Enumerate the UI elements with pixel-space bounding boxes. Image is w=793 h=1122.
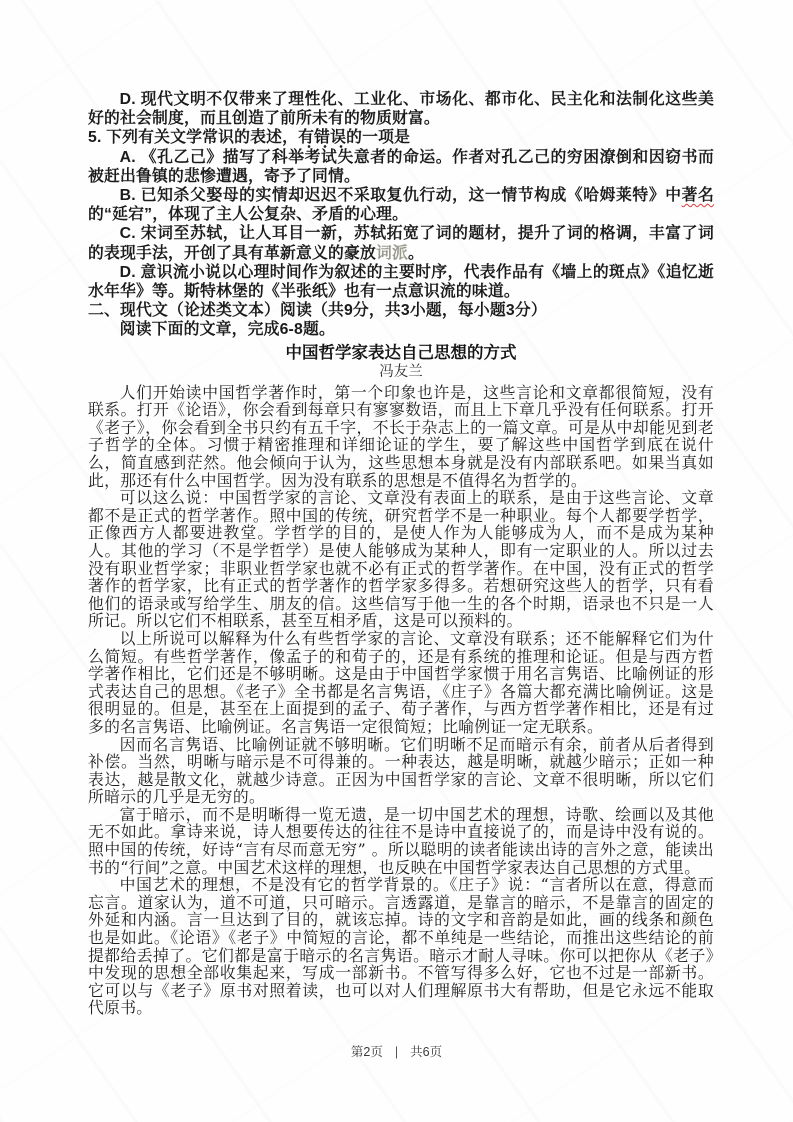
essay-paragraph-6: 中国艺术的理想，不是没有它的哲学背景的。《庄子》说：“言者所以在意，得意而忘言。… bbox=[88, 876, 714, 1017]
essay-author: 冯友兰 bbox=[88, 364, 714, 381]
question-5-stem-pre: 5. 下列有关文学常识的表述， bbox=[88, 129, 298, 146]
essay-title: 中国哲学家表达自己思想的方式 bbox=[88, 344, 714, 363]
page-separator: | bbox=[383, 1045, 410, 1059]
reading-instruction: 阅读下面的文章，完成6-8题。 bbox=[88, 320, 714, 339]
question-5-option-c: C. 宋词至苏轼，让人耳目一新，苏轼拓宽了词的题材，提升了词的格调，丰富了词的表… bbox=[88, 224, 714, 262]
essay-paragraph-5: 富于暗示，而不是明晰得一览无遗，是一切中国艺术的理想，诗歌、绘画以及其他无不如此… bbox=[88, 806, 714, 876]
option-b-text-post: 的“延宕”，体现了主人公复杂、矛盾的心理。 bbox=[88, 206, 408, 223]
emphasized-text: 有错误 bbox=[298, 129, 346, 149]
option-b-text-pre: B. 已知杀父娶母的实情却迟迟不采取复仇行动，这一情节构成《哈姆莱特》中 bbox=[120, 187, 682, 204]
essay-paragraph-3: 以上所说可以解释为什么有些哲学家的言论、文章没有联系；还不能解释它们为什么简短。… bbox=[88, 630, 714, 736]
section-heading: 二、现代文（论述类文本）阅读（共9分，共3小题，每小题3分） bbox=[88, 301, 714, 320]
question-5-option-a: A. 《孔乙己》描写了科举考试失意者的命运。作者对孔乙己的穷困潦倒和因窃书而被赶… bbox=[88, 148, 714, 186]
essay-paragraph-2: 可以这么说：中国哲学家的言论、文章没有表面上的联系，是由于这些言论、文章都不是正… bbox=[88, 489, 714, 630]
question-5-option-b: B. 已知杀父娶母的实情却迟迟不采取复仇行动，这一情节构成《哈姆莱特》中著名的“… bbox=[88, 186, 714, 224]
option-c-text-post: 。 bbox=[408, 245, 424, 262]
essay-paragraph-4: 因而名言隽语、比喻例证就不够明晰。它们明晰不足而暗示有余，前者从后者得到补偿。当… bbox=[88, 736, 714, 806]
essay-paragraph-1: 人们开始读中国哲学著作时，第一个印象也许是，这些言论和文章都很简短，没有联系。打… bbox=[88, 384, 714, 490]
option-c-faded-text: 词派 bbox=[376, 245, 408, 262]
page-footer: 第2页|共6页 bbox=[0, 1042, 793, 1060]
page-content: D. 现代文明不仅带来了理性化、工业化、市场化、都市化、民主化和法制化这些美好的… bbox=[88, 90, 714, 1017]
exam-page: D. 现代文明不仅带来了理性化、工业化、市场化、都市化、民主化和法制化这些美好的… bbox=[0, 0, 793, 1122]
question-5-stem-post: 的一项是 bbox=[346, 129, 410, 146]
page-number: 第2页 bbox=[351, 1045, 383, 1059]
question-4-option-d: D. 现代文明不仅带来了理性化、工业化、市场化、都市化、民主化和法制化这些美好的… bbox=[88, 90, 714, 128]
spellcheck-wavy-underline: 著名 bbox=[682, 187, 714, 204]
question-5-option-d: D. 意识流小说以心理时间作为叙述的主要时序，代表作品有《墙上的斑点》《追忆逝水… bbox=[88, 263, 714, 301]
question-5-stem: 5. 下列有关文学常识的表述，有错误的一项是 bbox=[88, 128, 714, 147]
page-total: 共6页 bbox=[410, 1045, 442, 1059]
